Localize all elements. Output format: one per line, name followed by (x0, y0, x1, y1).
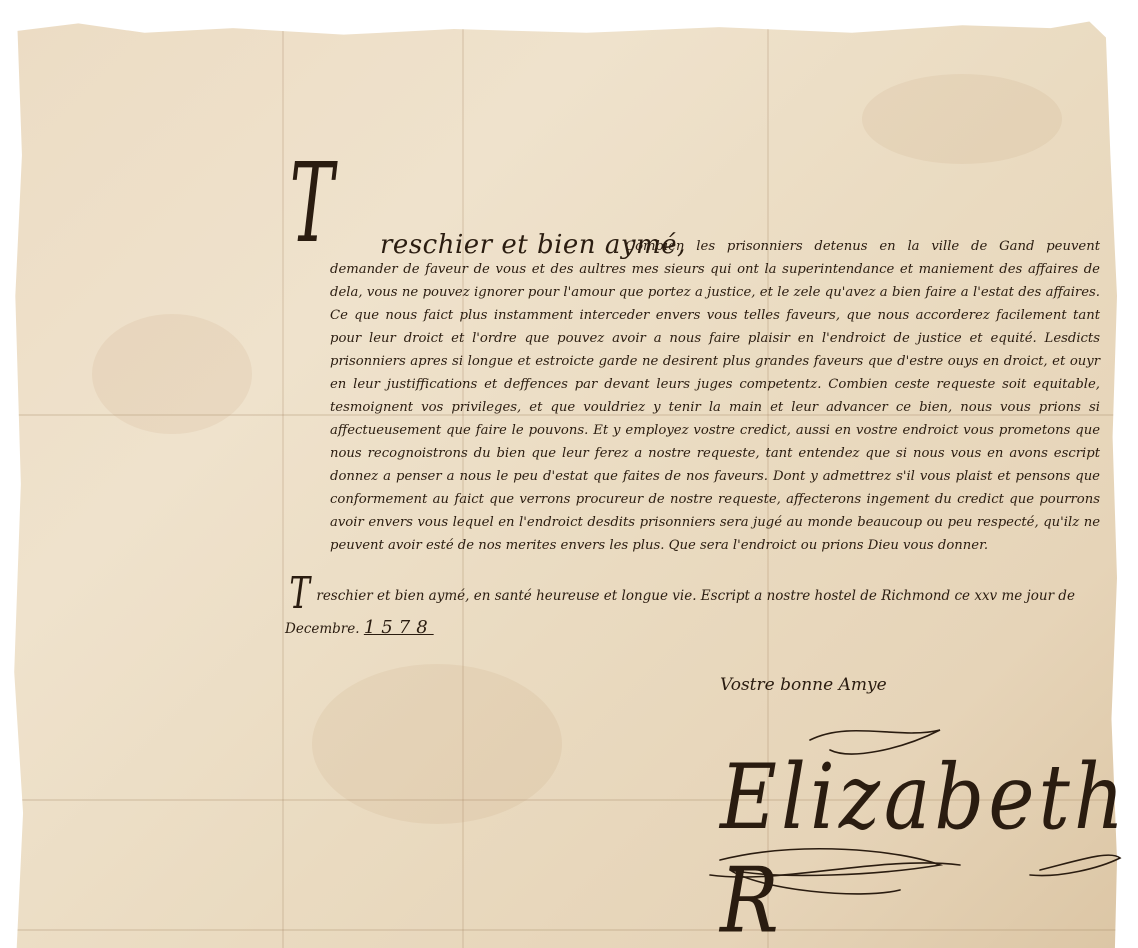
letter-body: Combien les prisonniers detenus en la vi… (330, 235, 1100, 557)
paper-stain (312, 664, 562, 824)
paper-stain (92, 314, 252, 434)
letter-year: 1578 (364, 617, 434, 638)
salutation-initial: T (290, 148, 334, 258)
letter-closing: Treschier et bien aymé, en santé heureus… (285, 572, 1095, 641)
valediction: Vostre bonne Amye (720, 675, 887, 695)
closing-initial: T (289, 572, 310, 616)
letter-body-text: Combien les prisonniers detenus en la vi… (330, 239, 1100, 553)
signature-elizabeth-r: Elizabeth R (720, 747, 1138, 948)
fold-line-vertical (282, 14, 284, 948)
paper-stain (862, 74, 1062, 164)
